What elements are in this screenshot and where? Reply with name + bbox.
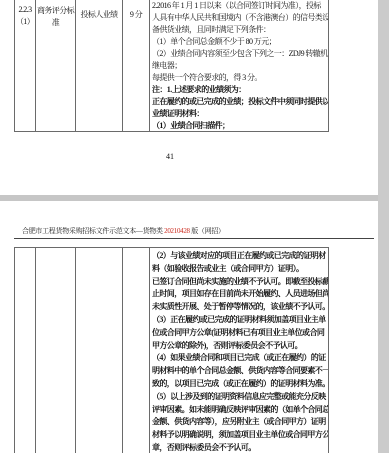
cell-detail-text-continued: （2）与该业绩对应的项目正在履约或已完成的证明材料（如验收报告或业主（或合同甲方… <box>150 248 329 453</box>
text-line: 位或合同甲方公章(证明材料已有项目业主单位或合同 <box>152 327 326 340</box>
page-header: 合肥市工程货物采购招标文件示范文本—货物类 20210428 版（网招） <box>22 226 362 237</box>
cell-factor-name: 投标人业绩 <box>76 0 123 131</box>
page-header-version: 20210428 <box>164 227 190 235</box>
cell-criteria-category: 商务评分标准 <box>36 0 76 131</box>
page-header-rule <box>14 238 374 239</box>
page-header-prefix: 合肥市工程货物采购招标文件示范文本—货物类 <box>22 227 164 235</box>
text-line: （1） <box>15 16 35 28</box>
page-number: 41 <box>140 152 200 161</box>
text-line: 明材料中的单个合同总金额、供货内容等合同要素不一 <box>152 365 326 378</box>
text-line: （1）单个合同总金额不少于 80 万元； <box>152 36 326 48</box>
text-line: 评审因素。如未能明确反映评审因素的（如单个合同总 <box>152 404 326 417</box>
text-line: 每提供一个符合要求的，得 3 分。 <box>152 72 326 84</box>
cell-detail-text: 2.2016 年 1 月 1 日以来（以合同签订时间为准），投标人具有中华人民共… <box>150 0 329 131</box>
text-line: （2）业绩合同内容须至少包含下列之一：ZDJ9 转辙机、 <box>152 48 326 60</box>
text-line: 正在履约的或已完成的业绩；投标文件中须同时提供以下 <box>152 96 326 108</box>
text-line: 注：1.上述要求的业绩须为： <box>152 84 326 96</box>
detail-normal-lines: 2.2016 年 1 月 1 日以来（以合同签订时间为准），投标人具有中华人民共… <box>152 0 326 84</box>
text-line: 2.2016 年 1 月 1 日以来（以合同签订时间为准），投标 <box>152 0 326 12</box>
text-line: 未实质性开展、处于暂停等情况的，该业绩不予认可。 <box>152 301 326 314</box>
text-line: 2.2.3 <box>15 4 35 16</box>
detail-bold-note-lines: 注：1.上述要求的业绩须为：正在履约的或已完成的业绩；投标文件中须同时提供以下业… <box>152 84 326 131</box>
text-line: （5）以上涉及到的证明资料信息应完整或能充分反映 <box>152 391 326 404</box>
text-line: 业绩证明材料： <box>152 108 326 120</box>
document-viewer: 2.2.3（1） 商务评分标准 投标人业绩 9 分 2.2016 年 1 月 1… <box>0 0 389 453</box>
cell-factor-name-empty <box>76 248 123 453</box>
cell-item-number: 2.2.3（1） <box>15 0 36 131</box>
text-line: 甲方公章的除外)，否则评标委员会不予认可。 <box>152 340 326 353</box>
text-line: 致的，以项目已完成（或正在履约）的证明材料为准。 <box>152 378 326 391</box>
text-line: 材料予以明确说明，须加盖项目业主单位或合同甲方公 <box>152 429 326 442</box>
text-line: 章，否则评标委员会不予认可。 <box>152 442 326 453</box>
text-line: 人具有中华人民共和国境内（不含港澳台）的信号类设 <box>152 12 326 24</box>
scoring-table-row-continued: （2）与该业绩对应的项目正在履约或已完成的证明材料（如验收报告或业主（或合同甲方… <box>14 247 329 453</box>
cell-item-number-empty <box>15 248 36 453</box>
cell-criteria-category-empty <box>36 248 76 453</box>
text-line: （4）如果业绩合同和项目已完成（或正在履约）的证 <box>152 352 326 365</box>
text-line: （1）业绩合同扫描件； <box>152 120 326 131</box>
text-line: （3）正在履约或已完成的证明材料须加盖项目业主单 <box>152 314 326 327</box>
page-header-suffix: 版（网招） <box>190 227 225 235</box>
text-line: 备供货业绩，且同时满足下列条件： <box>152 24 326 36</box>
scoring-table-row: 2.2.3（1） 商务评分标准 投标人业绩 9 分 2.2016 年 1 月 1… <box>14 0 329 132</box>
cell-score: 9 分 <box>123 0 150 131</box>
viewer-background-strip <box>378 0 389 453</box>
cell-score-empty <box>123 248 150 453</box>
text-line: 金额、供货内容等），应另附业主（或合同甲方）证明 <box>152 416 326 429</box>
text-line: 已签订合同但尚未实施的业绩不予认可。即截至投标截 <box>152 276 326 289</box>
text-line: （2）与该业绩对应的项目正在履约或已完成的证明材 <box>152 250 326 263</box>
page-break-gap <box>0 195 389 201</box>
text-line: 继电器； <box>152 60 326 72</box>
text-line: 料（如验收报告或业主（或合同甲方）证明）。 <box>152 263 326 276</box>
text-line: 止时间，项目如存在目前尚未开始履约、人员进场但尚 <box>152 288 326 301</box>
